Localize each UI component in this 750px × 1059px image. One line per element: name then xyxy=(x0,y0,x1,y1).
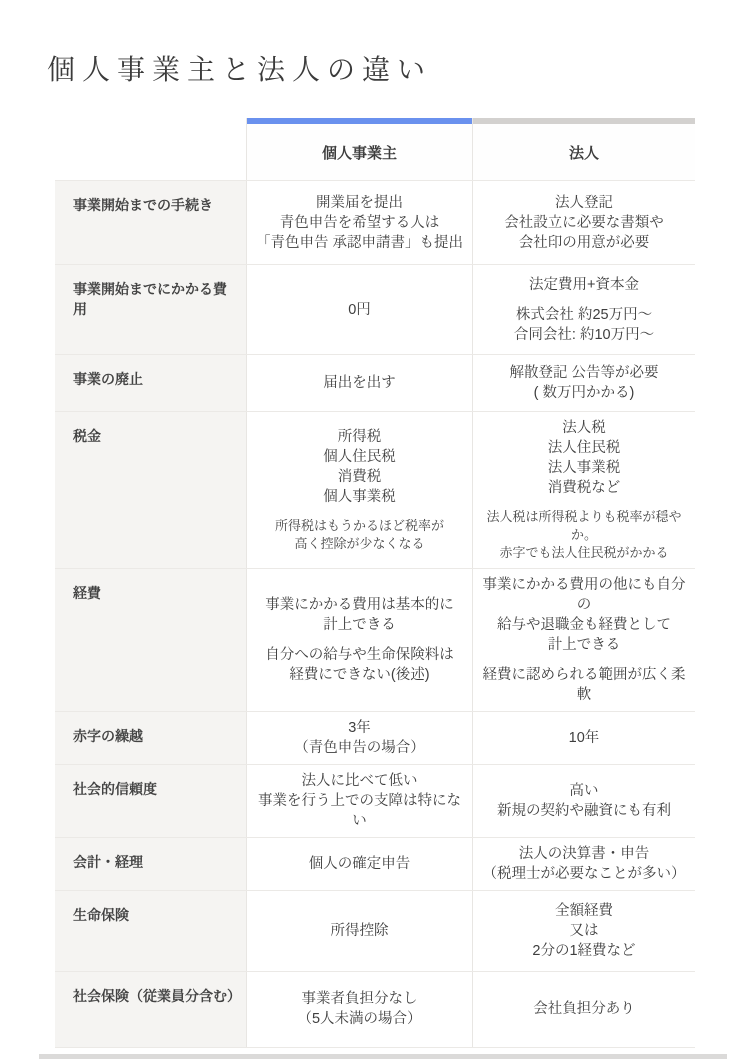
text-line: 所得税 xyxy=(323,427,396,447)
text-line: 解散登記 公告等が必要 xyxy=(509,363,658,383)
cell-text: 高い新規の契約や融資にも有利 xyxy=(497,781,671,821)
text-line: 事業者負担分なし xyxy=(297,989,421,1009)
header-cell-kojin: 個人事業主 xyxy=(246,118,472,180)
hojin-cell: 高い新規の契約や融資にも有利 xyxy=(472,765,695,837)
table-header-row: 個人事業主 法人 xyxy=(55,118,695,180)
cell-text: 所得税個人住民税消費税個人事業税 xyxy=(323,427,396,507)
text-line: 届出を出す xyxy=(323,373,396,393)
text-line: 会社設立に必要な書類や xyxy=(504,213,664,233)
header-blank-cell xyxy=(55,118,246,180)
hojin-cell: 法人の決算書・申告（税理士が必要なことが多い） xyxy=(472,838,695,890)
cell-text: 会社負担分あり xyxy=(533,999,635,1019)
text-line: 10年 xyxy=(569,728,600,748)
kojin-cell: 所得税個人住民税消費税個人事業税所得税はもうかるほど税率が高く控除が少なくなる xyxy=(246,412,472,568)
hojin-cell: 法人登記会社設立に必要な書類や会社印の用意が必要 xyxy=(472,181,695,264)
row-label: 社会的信頼度 xyxy=(55,765,246,837)
cell-text: 経費に認められる範囲が広く柔軟 xyxy=(479,665,689,705)
cell-text: 法人登記会社設立に必要な書類や会社印の用意が必要 xyxy=(504,193,664,253)
cell-text: 法人税法人住民税法人事業税消費税など xyxy=(548,418,621,498)
header-cell-hojin: 法人 xyxy=(472,118,695,180)
text-line: 経費に認められる範囲が広く柔軟 xyxy=(479,665,689,705)
row-label: 経費 xyxy=(55,569,246,711)
kojin-accent-bar xyxy=(247,118,472,124)
row-label: 会計・経理 xyxy=(55,838,246,890)
text-line: 計上できる xyxy=(265,615,454,635)
cell-text: 3年（青色申告の場合） xyxy=(294,718,425,758)
table-row: 事業の廃止 届出を出す 解散登記 公告等が必要( 数万円かかる) xyxy=(55,354,695,411)
text-line: 開業届を提出 xyxy=(256,193,463,213)
row-label: 事業開始までの手続き xyxy=(55,181,246,264)
header-kojin-label: 個人事業主 xyxy=(322,142,397,163)
cell-text: 事業者負担分なし（5人未満の場合） xyxy=(297,989,421,1029)
table-row: 事業開始までの手続き 開業届を提出青色申告を希望する人は「青色申告 承認申請書」… xyxy=(55,180,695,264)
text-line: 法人税 xyxy=(548,418,621,438)
text-line: 2分の1経費など xyxy=(532,941,635,961)
table-row: 税金 所得税個人住民税消費税個人事業税所得税はもうかるほど税率が高く控除が少なく… xyxy=(55,411,695,568)
table-row: 赤字の繰越 3年（青色申告の場合） 10年 xyxy=(55,711,695,764)
cell-text: 法人の決算書・申告（税理士が必要なことが多い） xyxy=(483,844,686,884)
table-body: 事業開始までの手続き 開業届を提出青色申告を希望する人は「青色申告 承認申請書」… xyxy=(55,180,695,1047)
text-line: 個人住民税 xyxy=(323,447,396,467)
text-line: 法人事業税 xyxy=(548,458,621,478)
cell-text: 自分への給与や生命保険料は経費にできない(後述) xyxy=(265,645,454,685)
hojin-cell: 法人税法人住民税法人事業税消費税など法人税は所得税よりも税率が穏やか。赤字でも法… xyxy=(472,412,695,568)
hojin-cell: 法定費用+資本金株式会社 約25万円〜合同会社: 約10万円〜 xyxy=(472,265,695,354)
text-line: 「青色申告 承認申請書」も提出 xyxy=(256,233,463,253)
next-section-divider xyxy=(39,1054,727,1059)
hojin-cell: 10年 xyxy=(472,712,695,764)
cell-note: 所得税はもうかるほど税率が高く控除が少なくなる xyxy=(275,517,444,553)
text-line: （税理士が必要なことが多い） xyxy=(483,864,686,884)
table-row: 経費 事業にかかる費用は基本的に計上できる自分への給与や生命保険料は経費にできな… xyxy=(55,568,695,711)
table-row: 生命保険 所得控除 全額経費又は2分の1経費など xyxy=(55,890,695,971)
comparison-table: 個人事業主 法人 事業開始までの手続き 開業届を提出青色申告を希望する人は「青色… xyxy=(55,118,695,1048)
text-line: 法人に比べて低い xyxy=(253,771,466,791)
kojin-cell: 法人に比べて低い事業を行う上での支障は特にない xyxy=(246,765,472,837)
text-line: 法人住民税 xyxy=(548,438,621,458)
hojin-cell: 全額経費又は2分の1経費など xyxy=(472,891,695,971)
cell-text: 開業届を提出青色申告を希望する人は「青色申告 承認申請書」も提出 xyxy=(256,193,463,253)
text-line: 個人の確定申告 xyxy=(309,854,411,874)
kojin-cell: 個人の確定申告 xyxy=(246,838,472,890)
text-line: 高い xyxy=(497,781,671,801)
text-line: 事業を行う上での支障は特にない xyxy=(253,791,466,831)
cell-text: 全額経費又は2分の1経費など xyxy=(532,901,635,961)
text-line: 事業にかかる費用は基本的に xyxy=(265,595,454,615)
text-line: 法定費用+資本金 xyxy=(529,275,639,295)
text-line: 個人事業税 xyxy=(323,487,396,507)
kojin-cell: 所得控除 xyxy=(246,891,472,971)
text-line: 合同会社: 約10万円〜 xyxy=(514,325,654,345)
text-line: 消費税 xyxy=(323,467,396,487)
text-line: 全額経費 xyxy=(532,901,635,921)
text-line: 自分への給与や生命保険料は xyxy=(265,645,454,665)
cell-text: 事業にかかる費用の他にも自分の給与や退職金も経費として計上できる xyxy=(479,575,689,655)
text-line: 高く控除が少なくなる xyxy=(275,535,444,553)
text-line: 又は xyxy=(532,921,635,941)
row-label: 事業開始までにかかる費用 xyxy=(55,265,246,354)
hojin-accent-bar xyxy=(473,118,695,124)
cell-text: 0円 xyxy=(348,300,371,320)
kojin-cell: 3年（青色申告の場合） xyxy=(246,712,472,764)
table-row: 事業開始までにかかる費用 0円 法定費用+資本金株式会社 約25万円〜合同会社:… xyxy=(55,264,695,354)
row-label: 社会保険（従業員分含む） xyxy=(55,972,246,1047)
row-label: 生命保険 xyxy=(55,891,246,971)
text-line: 消費税など xyxy=(548,478,621,498)
table-row: 社会保険（従業員分含む） 事業者負担分なし（5人未満の場合） 会社負担分あり xyxy=(55,971,695,1047)
kojin-cell: 事業者負担分なし（5人未満の場合） xyxy=(246,972,472,1047)
text-line: （青色申告の場合） xyxy=(294,738,425,758)
text-line: 会社負担分あり xyxy=(533,999,635,1019)
text-line: 所得控除 xyxy=(331,921,389,941)
kojin-cell: 開業届を提出青色申告を希望する人は「青色申告 承認申請書」も提出 xyxy=(246,181,472,264)
text-line: 所得税はもうかるほど税率が xyxy=(275,517,444,535)
cell-text: 法定費用+資本金 xyxy=(529,275,639,295)
row-label: 事業の廃止 xyxy=(55,355,246,411)
kojin-cell: 届出を出す xyxy=(246,355,472,411)
text-line: 給与や退職金も経費として xyxy=(479,615,689,635)
table-row: 社会的信頼度 法人に比べて低い事業を行う上での支障は特にない 高い新規の契約や融… xyxy=(55,764,695,837)
text-line: （5人未満の場合） xyxy=(297,1009,421,1029)
text-line: 法人登記 xyxy=(504,193,664,213)
text-line: 青色申告を希望する人は xyxy=(256,213,463,233)
cell-text: 所得控除 xyxy=(331,921,389,941)
table-row: 会計・経理 個人の確定申告 法人の決算書・申告（税理士が必要なことが多い） xyxy=(55,837,695,890)
text-line: 株式会社 約25万円〜 xyxy=(514,305,654,325)
text-line: 会社印の用意が必要 xyxy=(504,233,664,253)
text-line: 0円 xyxy=(348,300,371,320)
cell-text: 10年 xyxy=(569,728,600,748)
text-line: 法人税は所得税よりも税率が穏やか。 xyxy=(479,508,689,544)
text-line: 法人の決算書・申告 xyxy=(483,844,686,864)
text-line: 新規の契約や融資にも有利 xyxy=(497,801,671,821)
text-line: 事業にかかる費用の他にも自分の xyxy=(479,575,689,615)
row-label: 赤字の繰越 xyxy=(55,712,246,764)
text-line: ( 数万円かかる) xyxy=(509,383,658,403)
cell-text: 法人に比べて低い事業を行う上での支障は特にない xyxy=(253,771,466,831)
text-line: 経費にできない(後述) xyxy=(265,665,454,685)
text-line: 3年 xyxy=(294,718,425,738)
cell-text: 事業にかかる費用は基本的に計上できる xyxy=(265,595,454,635)
cell-text: 届出を出す xyxy=(323,373,396,393)
text-line: 計上できる xyxy=(479,635,689,655)
text-line: 赤字でも法人住民税がかかる xyxy=(479,544,689,562)
hojin-cell: 解散登記 公告等が必要( 数万円かかる) xyxy=(472,355,695,411)
hojin-cell: 事業にかかる費用の他にも自分の給与や退職金も経費として計上できる経費に認められる… xyxy=(472,569,695,711)
kojin-cell: 0円 xyxy=(246,265,472,354)
page-title: 個人事業主と法人の違い xyxy=(47,48,432,88)
header-hojin-label: 法人 xyxy=(569,142,599,163)
cell-text: 解散登記 公告等が必要( 数万円かかる) xyxy=(509,363,658,403)
row-label: 税金 xyxy=(55,412,246,568)
kojin-cell: 事業にかかる費用は基本的に計上できる自分への給与や生命保険料は経費にできない(後… xyxy=(246,569,472,711)
cell-text: 個人の確定申告 xyxy=(309,854,411,874)
hojin-cell: 会社負担分あり xyxy=(472,972,695,1047)
cell-note: 法人税は所得税よりも税率が穏やか。赤字でも法人住民税がかかる xyxy=(479,508,689,562)
cell-text: 株式会社 約25万円〜合同会社: 約10万円〜 xyxy=(514,305,654,345)
